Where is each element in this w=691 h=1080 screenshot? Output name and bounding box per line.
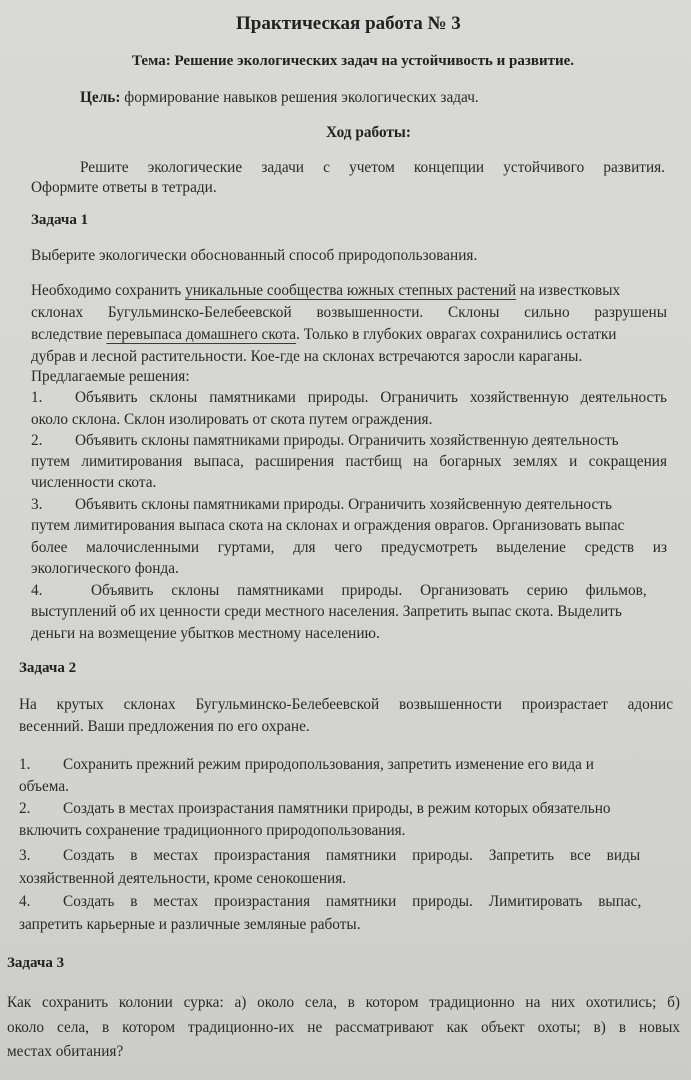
task2-option-2-line-2: включить сохранение традиционного природ…: [19, 823, 406, 838]
topic-line: Тема: Решение экологических задач на уст…: [132, 54, 574, 69]
task1-text-line-4: дубрав и лесной растительности. Кое-где …: [31, 349, 582, 364]
task3-text-line-2: около села, в котором традиционно-их не …: [7, 1020, 680, 1035]
task1-solution-2-line-3: численности скота.: [31, 475, 156, 490]
underlined-phrase: уникальные сообщества южных степных раст…: [185, 282, 516, 299]
task1-solution-4-line-1: 4.Объявить склоны памятниками природы. О…: [31, 583, 667, 598]
task2-option-3-line-1: 3.Создать в местах произрастания памятни…: [19, 848, 679, 863]
task3-text-line-3: местах обитания?: [7, 1044, 123, 1059]
task1-solution-3-line-3: более малочисленными гуртами, для чего п…: [31, 540, 667, 555]
task2-option-4-line-1: 4.Создать в местах произрастания памятни…: [19, 894, 679, 909]
procedure-heading: Ход работы:: [326, 125, 411, 140]
topic-label: Тема:: [132, 53, 171, 69]
goal-line: Цель: формирование навыков решения эколо…: [80, 90, 479, 105]
task1-solution-3-line-1: 3.Объявить склоны памятниками природы. О…: [31, 497, 667, 512]
task3-text-line-1: Как сохранить колонии сурка: а) около се…: [7, 995, 680, 1010]
goal-text: формирование навыков решения экологическ…: [124, 89, 478, 106]
task1-solution-1-line-2: около склона. Склон изолировать от скота…: [31, 412, 432, 427]
task2-text-line-1: На крутых склонах Бугульминско-Белебеевс…: [19, 697, 673, 712]
task1-text-line-3: вследствие перевыпаса домашнего скота. Т…: [31, 327, 667, 342]
worksheet-page: Практическая работа № 3 Тема: Решение эк…: [0, 0, 691, 1080]
task1-instruction: Выберите экологически обоснованный спосо…: [31, 248, 477, 263]
task1-solution-2-line-2: путем лимитирования выпаса, расширения п…: [31, 454, 667, 469]
task2-option-3-line-2: хозяйственной деятельности, кроме сеноко…: [19, 871, 346, 886]
task1-text-line-1: Необходимо сохранить уникальные сообщест…: [31, 283, 667, 298]
task2-option-2-line-1: 2.Создать в местах произрастания памятни…: [19, 801, 679, 816]
task1-solution-4-line-2: выступлений об их ценности среди местног…: [31, 604, 622, 619]
goal-label: Цель:: [80, 89, 120, 106]
document-title: Практическая работа № 3: [236, 14, 461, 33]
task1-solution-1-line-1: 1.Объявить склоны памятниками природы. О…: [31, 390, 667, 405]
task2-option-1-line-2: объема.: [19, 779, 69, 794]
topic-text: Решение экологических задач на устойчиво…: [174, 53, 574, 69]
underlined-phrase: перевыпаса домашнего скота: [106, 326, 296, 343]
task1-solution-3-line-4: экологического фонда.: [31, 561, 179, 576]
task2-option-4-line-2: запретить карьерные и различные земляные…: [19, 917, 361, 932]
task2-text-line-2: весенний. Ваши предложения по его охране…: [19, 719, 310, 734]
task2-heading: Задача 2: [19, 661, 76, 676]
task1-heading: Задача 1: [31, 213, 88, 228]
task3-heading: Задача 3: [7, 956, 64, 971]
task1-solution-2-line-1: 2.Объявить склоны памятниками природы. О…: [31, 433, 667, 448]
task1-solution-4-line-3: деньги на возмещение убытков местному на…: [31, 626, 380, 641]
task1-solutions-label: Предлагаемые решения:: [31, 369, 190, 384]
intro-line-1: Решите экологические задачи с учетом кон…: [80, 160, 665, 175]
task1-text-line-2: склонах Бугульминско-Белебеевской возвыш…: [31, 305, 667, 320]
task2-option-1-line-1: 1.Сохранить прежний режим природопользов…: [19, 757, 679, 772]
intro-line-2: Оформите ответы в тетради.: [31, 180, 217, 195]
task1-solution-3-line-2: путем лимитирования выпаса скота на скло…: [31, 518, 624, 533]
